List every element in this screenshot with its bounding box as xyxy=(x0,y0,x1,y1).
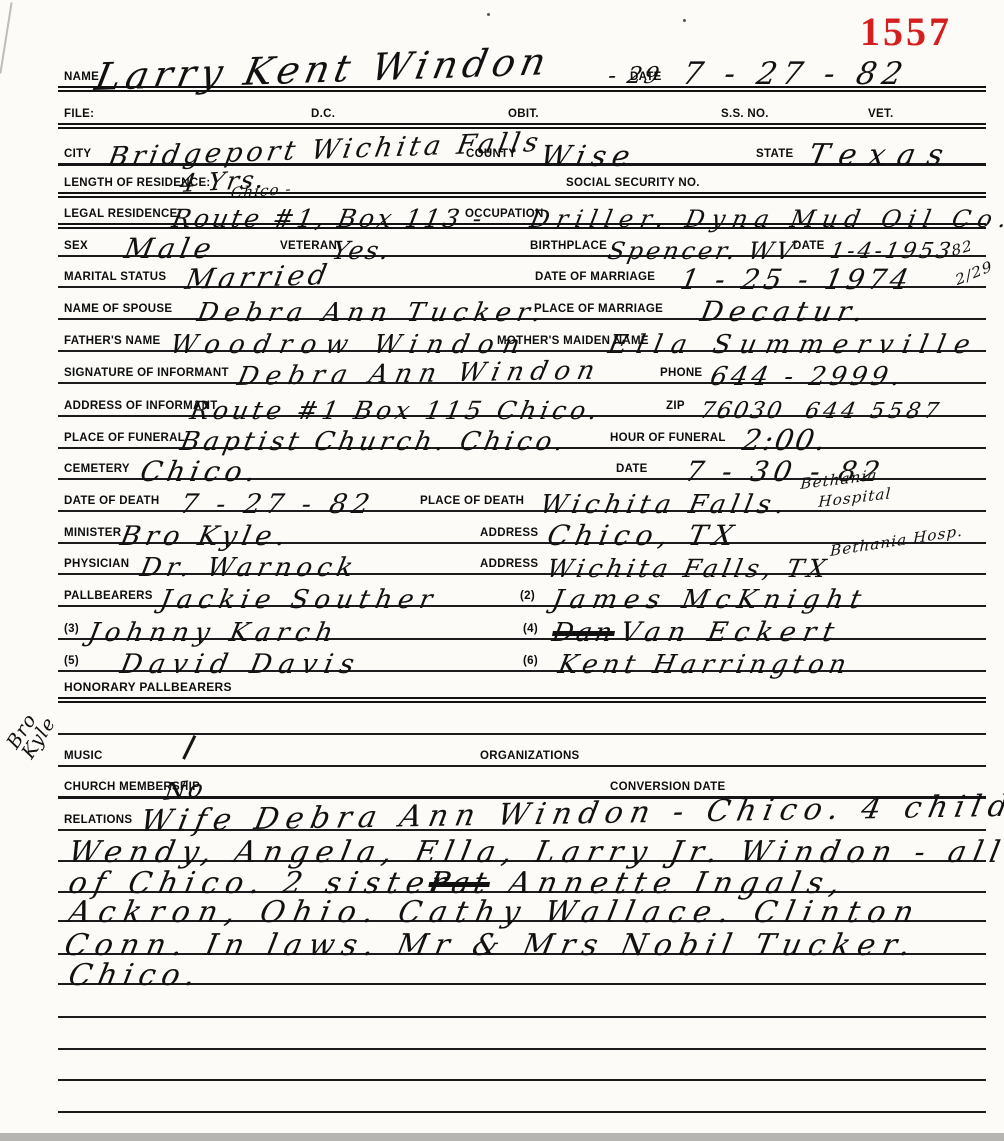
ruled-line xyxy=(58,1050,986,1081)
spouse-label: NAME OF SPOUSE xyxy=(64,303,172,315)
file-label: FILE: xyxy=(64,108,94,120)
signature-of-informant-label: SIGNATURE OF INFORMANT xyxy=(64,367,229,379)
organizations-label: ORGANIZATIONS xyxy=(480,750,580,762)
name-row: NAME Larry Kent Windon - 29 DATE 7 - 27 … xyxy=(58,48,986,92)
pallbearer-2-number: (2) xyxy=(520,590,535,602)
state-label: STATE xyxy=(756,148,794,160)
sex-row: SEX Male VETERAN Yes. BIRTHPLACE Spencer… xyxy=(58,229,986,257)
ink-speck xyxy=(683,19,686,22)
relations-row-2: Wendy, Angela, Ella, Larry Jr. Windon - … xyxy=(58,831,986,862)
pallbearers-row-3: (5) David Davis (6) Kent Harrington xyxy=(58,640,986,672)
cemetery-label: CEMETERY xyxy=(64,463,130,475)
relations-row-5: Conn. In laws. Mr & Mrs Nobil Tucker. xyxy=(58,922,986,955)
pallbearer-3-number: (3) xyxy=(64,623,79,635)
father-name-label: FATHER'S NAME xyxy=(64,335,161,347)
birthdate-label: DATE xyxy=(793,240,825,252)
date-value: 7 - 27 - 82 xyxy=(680,59,911,90)
zip-label: ZIP xyxy=(666,400,685,412)
file-header-row: FILE: D.C. OBIT. S.S. NO. VET. xyxy=(58,93,986,129)
obit-label: OBIT. xyxy=(508,108,539,120)
occupation-value: Driller. Dyna Mud Oil Co. xyxy=(528,207,1004,231)
legal-residence-insert: Chico - xyxy=(230,182,292,201)
place-of-marriage-label: PLACE OF MARRIAGE xyxy=(534,303,663,315)
honorary-pallbearers-row: HONORARY PALLBEARERS xyxy=(58,672,986,703)
residence-row: LENGTH OF RESIDENCE: 4 Yrs. SOCIAL SECUR… xyxy=(58,166,986,198)
place-of-death-note-2: Hospital xyxy=(818,486,892,510)
city-label: CITY xyxy=(64,148,91,160)
ruled-line xyxy=(58,703,986,735)
pallbearer-6-number: (6) xyxy=(523,655,538,667)
place-of-funeral-label: PLACE OF FUNERAL xyxy=(64,432,185,444)
marital-status-label: MARITAL STATUS xyxy=(64,271,166,283)
relations-row-4: Ackron, Ohio. Cathy Wallace. Clinton xyxy=(58,893,986,922)
physician-address-label: ADDRESS xyxy=(480,558,538,570)
music-row: MUSIC ORGANIZATIONS xyxy=(58,735,986,767)
relations-row-3: of Chico. 2 sister Pat Annette Ingals, xyxy=(58,862,986,893)
dc-label: D.C. xyxy=(311,108,335,120)
physician-row: PHYSICIAN Dr. Warnock ADDRESS Wichita Fa… xyxy=(58,544,986,575)
legal-residence-row: LEGAL RESIDENCE: Route #1, Box 113 - Chi… xyxy=(58,198,986,229)
vet-label: VET. xyxy=(868,108,894,120)
legal-residence-label: LEGAL RESIDENCE: xyxy=(64,208,182,220)
marriage-date-label: DATE OF MARRIAGE xyxy=(535,271,655,283)
pallbearers-label: PALLBEARERS xyxy=(64,590,153,602)
funeral-record-scan: 1557 NAME Larry Kent Windon - 29 DATE 7 … xyxy=(0,0,1004,1141)
informant-address-row: ADDRESS OF INFORMANT Route #1 Box 115 Ch… xyxy=(58,384,986,417)
conversion-date-label: CONVERSION DATE xyxy=(610,781,725,793)
legal-residence-value: Route #1, Box 113 - xyxy=(170,206,487,231)
relations-row-1: RELATIONS Wife Debra Ann Windon - Chico.… xyxy=(58,799,986,831)
ruled-line xyxy=(58,1018,986,1050)
music-label: MUSIC xyxy=(64,750,103,762)
relations-row-6: Chico. xyxy=(58,955,986,985)
margin-scribble-82: 82 xyxy=(950,238,974,259)
pallbearer-4-number: (4) xyxy=(523,623,538,635)
margin-scribble-229: 2/29 xyxy=(954,259,995,288)
date-label: DATE xyxy=(630,71,662,83)
ruled-line xyxy=(58,985,986,1018)
ruled-line xyxy=(58,1081,986,1113)
minister-label: MINISTER xyxy=(64,527,121,539)
social-security-label: SOCIAL SECURITY NO. xyxy=(566,177,700,189)
marital-row: MARITAL STATUS Married DATE OF MARRIAGE … xyxy=(58,257,986,288)
pallbearers-row-1: PALLBEARERS Jackie Souther (2) James McK… xyxy=(58,575,986,607)
death-row: DATE OF DEATH 7 - 27 - 82 PLACE OF DEATH… xyxy=(58,480,986,512)
city-row: CITY Bridgeport Wichita Falls COUNTY Wis… xyxy=(58,129,986,166)
veteran-label: VETERAN xyxy=(280,240,337,252)
margin-note-bro-kyle: Bro Kyle xyxy=(4,698,63,761)
honorary-pallbearers-label: HONORARY PALLBEARERS xyxy=(64,680,232,694)
parents-row: FATHER'S NAME Woodrow Windon MOTHER'S MA… xyxy=(58,320,986,352)
physician-label: PHYSICIAN xyxy=(64,558,129,570)
date-of-death-label: DATE OF DEATH xyxy=(64,495,159,507)
ink-speck xyxy=(487,13,490,16)
spouse-row: NAME OF SPOUSE Debra Ann Tucker. PLACE O… xyxy=(58,288,986,320)
place-of-death-label: PLACE OF DEATH xyxy=(420,495,524,507)
county-label: COUNTY xyxy=(466,148,516,160)
pallbearer-5-number: (5) xyxy=(64,655,79,667)
minister-address-label: ADDRESS xyxy=(480,527,538,539)
phone-label: PHONE xyxy=(660,367,702,379)
informant-row: SIGNATURE OF INFORMANT Debra Ann Windon … xyxy=(58,352,986,384)
relations-label: RELATIONS xyxy=(64,814,132,826)
scan-edge-bar xyxy=(0,1133,1004,1141)
pallbearers-row-2: (3) Johnny Karch (4) Dan Van Eckert xyxy=(58,607,986,640)
birthplace-label: BIRTHPLACE xyxy=(530,240,607,252)
cemetery-date-label: DATE xyxy=(616,463,648,475)
sex-label: SEX xyxy=(64,240,88,252)
ssno-label: S.S. NO. xyxy=(721,108,769,120)
pen-slash-mark xyxy=(0,2,13,73)
funeral-row: PLACE OF FUNERAL Baptist Church. Chico. … xyxy=(58,417,986,449)
hour-of-funeral-label: HOUR OF FUNERAL xyxy=(610,432,726,444)
name-value: Larry Kent Windon xyxy=(92,42,554,96)
